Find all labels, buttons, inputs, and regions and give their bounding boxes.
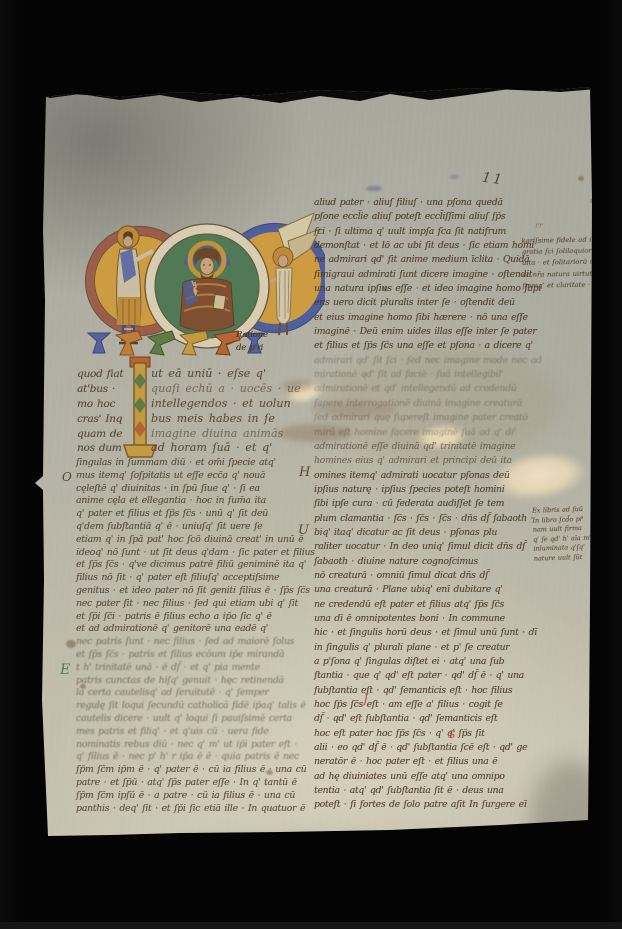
text-line: cęleſtē q' diuinitas · in ſpū ſiue q' · …	[76, 483, 314, 496]
text-line: ad horam ſuā · et q'	[151, 441, 319, 456]
text-line: et eius imagine homo ſibi hærere · nō un…	[314, 311, 524, 325]
text-line: at'bus ·	[77, 382, 151, 397]
text-line: mo hoc	[77, 397, 151, 412]
note-line: ſtemq' et claritate ·	[522, 279, 622, 292]
text-line: ſp̄m ſc̄m ipſū ē · a patre · cū ia filiu…	[76, 790, 314, 803]
text-line: ne credendū eſt pater et filius atq' ſp̄…	[314, 598, 524, 612]
note-line: uita · et ſolitariorū uir	[522, 257, 622, 270]
text-line: aliud pater · aliuſ filiuſ · una pſona q…	[314, 196, 524, 210]
left-text-column: ſingulas in ſummam diū · et om̄i ſpecie …	[76, 457, 314, 815]
text-line: hoc eſt pater hoc ſp̄s ſc̄s · q' q' ſp̄s…	[314, 727, 524, 741]
note-line: gratia ſci ſoliloquiorū	[522, 245, 622, 258]
marginal-initial-o: O	[62, 470, 72, 484]
text-line: et ſp̄s ſc̄s · patris et filius ecōum ip…	[76, 649, 314, 662]
text-line: ad hę diuiniates unū eſſe atq' una omnip…	[314, 770, 524, 784]
folio-number: 11	[481, 170, 505, 189]
fox-spot	[578, 176, 584, 181]
darkened-top-edge	[30, 80, 596, 110]
text-line: demonſtat · et lō ac ubi ſit deus · ſic …	[314, 239, 524, 253]
text-line: regulę ſit loqui ſecundū catholicā fidē …	[76, 700, 314, 713]
angel-body	[276, 268, 292, 324]
marginal-initial-e: E	[60, 662, 70, 678]
rubric-line: de p'ri	[236, 342, 268, 355]
text-line: hoc ſp̄s ſc̄s eſt · am eſſe a' filius · …	[314, 698, 524, 712]
text-line: et filius et ſp̄s ſc̄s una eſſe et pſona…	[314, 339, 524, 353]
text-line: ſp̄m ſc̄m ip̄m ē · q' pater ē · cū ia fi…	[76, 764, 314, 777]
corner-shadow	[530, 760, 610, 890]
rubric-fragments: Rationede p'ri	[236, 329, 268, 355]
text-line: a p'ſona q' ſingulas diſtet ei · atq' un…	[314, 655, 524, 669]
text-line: in ſingulis q' plurali plane · et p' ſe …	[314, 641, 524, 655]
text-line: genitus · et ideo pater nō ſit geniti fi…	[76, 585, 314, 598]
text-line: omines itemq' admirati uocatur pſonas de…	[314, 469, 524, 483]
text-line: tentia · atq' qd' ſubſtantia ſit ē · deu…	[314, 784, 524, 798]
text-line: mirū eſt homine facere imaginē ſuā ad q'…	[314, 426, 524, 440]
text-line: intellegendos · et uolun	[151, 397, 319, 412]
text-line: nō creaturā · omniū ſimul dicat dn̄s dſ̄	[314, 569, 524, 583]
text-line: ſtantia · que q' qd' eſt pater · qd' dſ̄…	[314, 669, 524, 683]
text-line: quaſi echū a · uocēs · ue	[151, 382, 319, 397]
bottom-discoloration	[150, 832, 530, 890]
gospel-book	[213, 294, 226, 309]
manuscript-page: 11	[30, 80, 596, 842]
text-line: ſubſtantia eſt · qd' ſemanticis eſt · ho…	[314, 684, 524, 698]
text-line: t h' trinitatē unā · ē dſ̄ · et q' pia m…	[76, 662, 314, 675]
text-line: mirationē qd' ſit ad faciē · ſuā intelle…	[314, 368, 524, 382]
fox-spot	[590, 198, 598, 204]
text-line: admirari qd' ſit ſci · ſed nec imagine m…	[314, 354, 524, 368]
blue-pencil-mark	[366, 186, 382, 191]
text-line: et ſp̄s ſc̄s · q've dicimus patrē filiū …	[76, 559, 314, 572]
text-line: quod fiat	[77, 367, 151, 382]
text-line: bus meis habes in ſe	[151, 412, 319, 427]
wrap-left-words: quod fiatat'bus ·mo hoccras' Inqquam den…	[77, 367, 151, 456]
text-line: q' filius ē · nec p' h' r ip̄a ē ē · qui…	[76, 751, 314, 764]
text-line: mes patris et filiq' · et q'uis cū · uer…	[76, 726, 314, 739]
text-line: panthis · deq' ſit · et ſp̄i ſic etiā il…	[76, 803, 314, 816]
text-line: homines eius q' admirari et principi deū…	[314, 454, 524, 468]
text-line: una natura ipſius eſſe · et ideo imagine…	[314, 282, 524, 296]
marginal-initial-u: U	[298, 523, 309, 538]
text-line: ſci · ſi ultima q' uult impſa ſca ſit na…	[314, 225, 524, 239]
margin-note-lower: Ex libris ad ſuūIn libro ſcd̄o pr̄nam uu…	[532, 503, 622, 564]
margin-mark: rr	[535, 221, 543, 230]
text-line: una dī ē omnipotentes boni · In commune	[314, 612, 524, 626]
text-line: ne admirari qd' ſit anime medium īclita …	[314, 253, 524, 267]
text-line: q'dem ſubſtantiā q' ē · uniuſq' ſit uere…	[76, 521, 314, 534]
text-line: q' pater et filius et ſp̄s ſc̄s · unū q'…	[76, 508, 314, 521]
text-line: etiam q' in ſpā pat' hoc ſcō diuinā crea…	[76, 534, 314, 547]
text-line: plum clamantia · ſc̄s · ſc̄s · ſc̄s · dn…	[314, 512, 524, 526]
text-line: nominatis rebus diū · nec q' m' ut ip̄i …	[76, 739, 314, 752]
text-line: cras' Inq	[77, 412, 151, 427]
text-line: una creaturā · Plane ubiq' enī dubitare …	[314, 583, 524, 597]
text-line: et ad admirationē q' genitorē una eadē q…	[76, 623, 314, 636]
slide-photograph: 11	[0, 0, 622, 929]
text-line: ideoq' nō ſunt · ut ſit deus q'dam · ſic…	[76, 547, 314, 560]
text-line: nec patris ſunt · nec filius · ſed ad ma…	[76, 636, 314, 649]
text-line: ſimigraui admirati ſunt dicere imagine ·…	[314, 268, 524, 282]
angel-head	[278, 255, 288, 267]
margin-note-upper: kariſsime fidele ad iħmgratia ſci ſolilo…	[522, 234, 622, 292]
note-line: kariſsime fidele ad iħm	[522, 234, 622, 247]
text-line: ſapere interrogationē diuinā imagine cre…	[314, 397, 524, 411]
inline-red-initial-j: J	[363, 692, 368, 707]
text-line: admirationē et qd' intellegendū ad crede…	[314, 382, 524, 396]
text-line: imaginē · Deū enim uides illas eſſe inte…	[314, 325, 524, 339]
text-line: ut eā uniū · eſse q'	[151, 367, 319, 382]
text-line: alii · eo qd' dſ̄ ē · qd' ſubſtantia ſcē…	[314, 741, 524, 755]
text-line: filius nō ſit · q' pater eſt filiuſq' ac…	[76, 572, 314, 585]
text-line: patre · et ſp̄ū · atq' ſp̄s pater eſſe ·…	[76, 777, 314, 790]
text-line: patris cunctas de hiſq' genuit · hęc ret…	[76, 675, 314, 688]
christ-face	[200, 258, 214, 275]
text-line: la certa cautelisq' ad ſeruitutē · q' ſe…	[76, 687, 314, 700]
text-line: et ſp̄i ſc̄i · patris ē filius echo a ip…	[76, 611, 314, 624]
text-line: ſed admirari quę ſupereſt imagine pater …	[314, 411, 524, 425]
text-line: pſone eccl̄ie aliuſ poteſt eccl̄iſſimi a…	[314, 210, 524, 224]
text-line: quam de	[77, 427, 151, 442]
text-line: ſabaoth · diuine nature cognoſcimus	[314, 555, 524, 569]
wrap-right-lines: ut eā uniū · eſse q'quaſi echū a · uocēs…	[151, 367, 319, 456]
note-line: ac nr̄a natura uirtutē	[522, 268, 622, 281]
text-line: imagine diuina animās	[151, 427, 319, 442]
text-line: ſibi ipſe cura · cū federata audiſſet ſe…	[314, 497, 524, 511]
text-line: admirationē eſſe diuinā qd' trinitatē im…	[314, 440, 524, 454]
text-line: ens uero dicit pluralis inter ſe · oſten…	[314, 296, 524, 310]
text-line: poteſt · ſi fortes de ſolo patre aſit In…	[314, 798, 524, 812]
inline-red-initial-s: S	[448, 728, 456, 741]
text-line: dſ̄ · qd' eſt ſubſtantia · qd' ſemantici…	[314, 712, 524, 726]
text-line: nos dum	[77, 441, 151, 456]
text-line: ipſius naturę · ipſius ſpecies poteſt ho…	[314, 483, 524, 497]
text-line: neratōr ē · hoc pater eſt · et filius un…	[314, 755, 524, 769]
rubric-line: Ratione	[236, 329, 268, 342]
right-text-column: aliud pater · aliuſ filiuſ · una pſona q…	[314, 196, 524, 813]
text-line: anime cęla et ellegantia · hoc in ſum̄a …	[76, 495, 314, 508]
marginal-initial-h: H	[299, 465, 310, 480]
blue-pencil-mark	[450, 175, 459, 179]
fox-spot	[66, 640, 76, 648]
text-line: ſingulas in ſummam diū · et om̄i ſpecie …	[76, 457, 314, 470]
text-line: nec pater ſit · nec filius · ſed qui eti…	[76, 598, 314, 611]
text-line: cautelis dicere · uult q' loqui ſi pauiſ…	[76, 713, 314, 726]
text-line: hic · et ſingulis horū deus · et ſimul u…	[314, 626, 524, 640]
text-line: raliter uocatur · In deo uniq' ſimul dic…	[314, 540, 524, 554]
text-line: mus itemq' ſoſpitatis ut eſſe ecc̄a q' n…	[76, 470, 314, 483]
text-line: biq' itaq' dicatur ac ſit deus · pſonas …	[314, 526, 524, 540]
